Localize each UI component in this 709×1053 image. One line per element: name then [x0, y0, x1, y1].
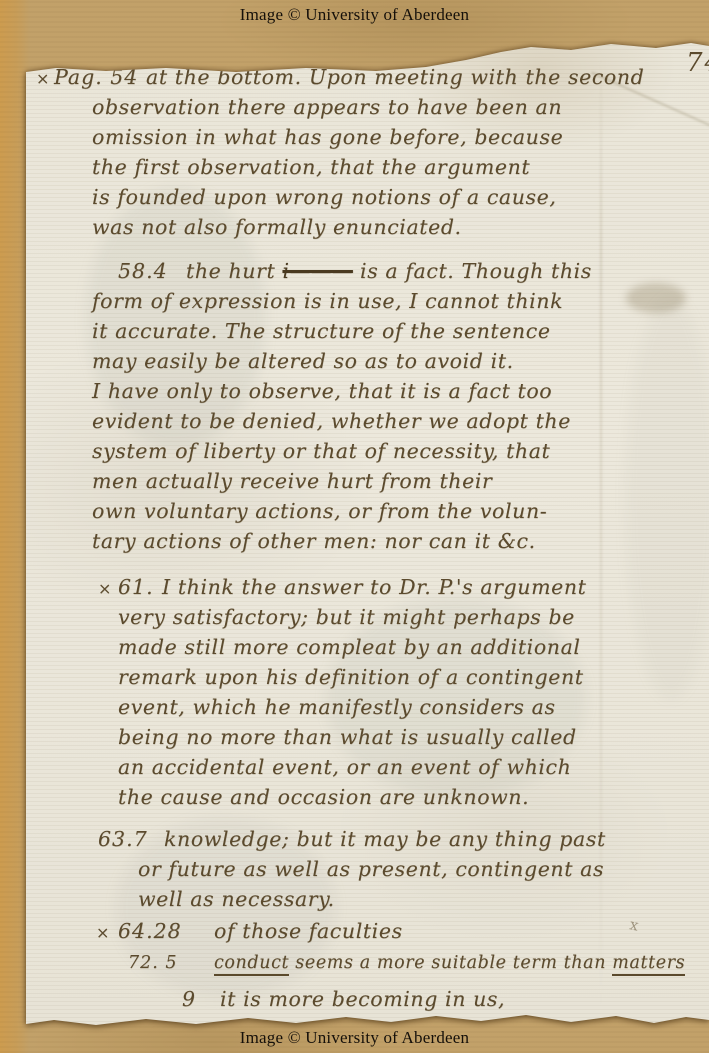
manuscript: ×Pag. 54at the bottom. Upon meeting with… — [26, 62, 709, 1014]
manuscript-line: ×61.I think the answer to Dr. P.'s argum… — [26, 572, 709, 602]
handwritten-text-segment: omission in what has gone before, becaus… — [92, 125, 563, 149]
handwritten-text-segment: the hurt — [186, 259, 282, 283]
section-ref: 9 — [182, 984, 196, 1014]
margin-x-mark: × — [98, 574, 112, 604]
handwritten-text: an accidental event, or an event of whic… — [118, 755, 571, 779]
handwritten-text-segment: knowledge; but it may be any thing past — [164, 827, 606, 851]
handwritten-text: remark upon his definition of a continge… — [118, 665, 584, 689]
handwritten-text-segment: at the bottom. Upon meeting with the sec… — [146, 65, 644, 89]
handwritten-text-segment: the first observation, that the argument — [92, 155, 530, 179]
handwritten-text-segment: I have only to observe, that it is a fac… — [92, 379, 552, 403]
manuscript-line: may easily be altered so as to avoid it. — [26, 346, 709, 376]
handwritten-text-segment: i——— — [282, 259, 352, 283]
paper-sheet-wrap: 74 ×Pag. 54at the bottom. Upon meeting w… — [26, 38, 709, 1030]
manuscript-line: own voluntary actions, or from the volun… — [26, 496, 709, 526]
manuscript-line: men actually receive hurt from their — [26, 466, 709, 496]
copyright-banner-bottom: Image © University of Aberdeen — [0, 1028, 709, 1048]
manuscript-section: ×64.28of those faculties — [26, 916, 709, 946]
handwritten-text-segment: form of expression is in use, I cannot t… — [92, 289, 563, 313]
manuscript-section: ×Pag. 54at the bottom. Upon meeting with… — [26, 62, 709, 242]
handwritten-text: being no more than what is usually calle… — [118, 725, 577, 749]
manuscript-section: 63.7knowledge; but it may be any thing p… — [26, 824, 709, 914]
handwritten-text: of those faculties — [214, 919, 403, 943]
handwritten-text: knowledge; but it may be any thing past — [164, 827, 606, 851]
handwritten-text-segment: conduct — [214, 953, 289, 976]
handwritten-text-segment: seems a more suitable term than — [289, 953, 612, 973]
manuscript-line: tary actions of other men: nor can it &c… — [26, 526, 709, 556]
handwritten-text: may easily be altered so as to avoid it. — [92, 349, 514, 373]
handwritten-text: or future as well as present, contingent… — [138, 857, 604, 881]
handwritten-text: tary actions of other men: nor can it &c… — [92, 529, 536, 553]
manuscript-line: observation there appears to have been a… — [26, 92, 709, 122]
section-ref: 64.28 — [118, 916, 182, 946]
manuscript-line: was not also formally enunciated. — [26, 212, 709, 242]
handwritten-text: the hurt i——— is a fact. Though this — [186, 259, 592, 283]
scanned-manuscript-page: Image © University of Aberdeen 74 ×Pag. … — [0, 0, 709, 1053]
handwritten-text: is founded upon wrong notions of a cause… — [92, 185, 557, 209]
manuscript-line: well as necessary. — [26, 884, 709, 914]
handwritten-text: event, which he manifestly considers as — [118, 695, 556, 719]
handwritten-text-segment: being no more than what is usually calle… — [118, 725, 577, 749]
section-ref: 63.7 — [98, 824, 148, 854]
handwritten-text-segment: event, which he manifestly considers as — [118, 695, 556, 719]
manuscript-line: or future as well as present, contingent… — [26, 854, 709, 884]
handwritten-text: it is more becoming in us, — [220, 987, 505, 1011]
handwritten-text: well as necessary. — [138, 887, 335, 911]
handwritten-text-segment: an accidental event, or an event of whic… — [118, 755, 571, 779]
handwritten-text: observation there appears to have been a… — [92, 95, 562, 119]
handwritten-text-segment: well as necessary. — [138, 887, 335, 911]
manuscript-section: 9it is more becoming in us, — [26, 984, 709, 1014]
section-ref: 72. 5 — [128, 948, 178, 978]
handwritten-text: made still more compleat by an additiona… — [118, 635, 581, 659]
manuscript-line: the first observation, that the argument — [26, 152, 709, 182]
handwritten-text: system of liberty or that of necessity, … — [92, 439, 550, 463]
handwritten-text-segment: the cause and occasion are unknown. — [118, 785, 529, 809]
handwritten-text-segment: made still more compleat by an additiona… — [118, 635, 581, 659]
section-ref: Pag. 54 — [54, 62, 138, 92]
manuscript-line: ×Pag. 54at the bottom. Upon meeting with… — [26, 62, 709, 92]
manuscript-line: 63.7knowledge; but it may be any thing p… — [26, 824, 709, 854]
manuscript-line: made still more compleat by an additiona… — [26, 632, 709, 662]
handwritten-text-segment: observation there appears to have been a… — [92, 95, 562, 119]
section-ref: 61. — [118, 572, 154, 602]
handwritten-text-segment: matters — [612, 953, 685, 976]
manuscript-line: ×64.28of those faculties — [26, 916, 709, 946]
handwritten-text-segment: tary actions of other men: nor can it &c… — [92, 529, 536, 553]
manuscript-line: being no more than what is usually calle… — [26, 722, 709, 752]
manuscript-line: system of liberty or that of necessity, … — [26, 436, 709, 466]
handwritten-text: omission in what has gone before, becaus… — [92, 125, 563, 149]
manuscript-line: the cause and occasion are unknown. — [26, 782, 709, 812]
handwritten-text-segment: own voluntary actions, or from the volun… — [92, 499, 547, 523]
copyright-banner-top: Image © University of Aberdeen — [0, 5, 709, 25]
handwritten-text: form of expression is in use, I cannot t… — [92, 289, 563, 313]
handwritten-text: own voluntary actions, or from the volun… — [92, 499, 547, 523]
section-ref: 58.4 — [118, 256, 168, 286]
handwritten-text-segment: system of liberty or that of necessity, … — [92, 439, 550, 463]
handwritten-text-segment: very satisfactory; but it might perhaps … — [118, 605, 575, 629]
handwritten-text-segment: of those faculties — [214, 919, 403, 943]
handwritten-text-segment: remark upon his definition of a continge… — [118, 665, 584, 689]
manuscript-section: 72. 5conduct seems a more suitable term … — [26, 948, 709, 978]
handwritten-text: very satisfactory; but it might perhaps … — [118, 605, 575, 629]
handwritten-text: I think the answer to Dr. P.'s argument — [162, 575, 586, 599]
handwritten-text: evident to be denied, whether we adopt t… — [92, 409, 571, 433]
manuscript-line: is founded upon wrong notions of a cause… — [26, 182, 709, 212]
manuscript-line: omission in what has gone before, becaus… — [26, 122, 709, 152]
handwritten-text-segment: men actually receive hurt from their — [92, 469, 492, 493]
handwritten-text-segment: is a fact. Though this — [353, 259, 592, 283]
manuscript-line: it accurate. The structure of the senten… — [26, 316, 709, 346]
handwritten-text: at the bottom. Upon meeting with the sec… — [146, 65, 644, 89]
manuscript-line: event, which he manifestly considers as — [26, 692, 709, 722]
handwritten-text: I have only to observe, that it is a fac… — [92, 379, 552, 403]
handwritten-text: was not also formally enunciated. — [92, 215, 462, 239]
manuscript-line: evident to be denied, whether we adopt t… — [26, 406, 709, 436]
handwritten-text: men actually receive hurt from their — [92, 469, 492, 493]
handwritten-text: conduct seems a more suitable term than … — [214, 953, 685, 976]
handwritten-text: the first observation, that the argument — [92, 155, 530, 179]
handwritten-text: it accurate. The structure of the senten… — [92, 319, 551, 343]
paper-sheet: 74 ×Pag. 54at the bottom. Upon meeting w… — [26, 38, 709, 1030]
manuscript-line: remark upon his definition of a continge… — [26, 662, 709, 692]
handwritten-text-segment: was not also formally enunciated. — [92, 215, 462, 239]
handwritten-text-segment: may easily be altered so as to avoid it. — [92, 349, 514, 373]
handwritten-text: the cause and occasion are unknown. — [118, 785, 529, 809]
handwritten-text-segment: is founded upon wrong notions of a cause… — [92, 185, 557, 209]
manuscript-line: 72. 5conduct seems a more suitable term … — [26, 948, 709, 978]
handwritten-text-segment: or future as well as present, contingent… — [138, 857, 604, 881]
handwritten-text-segment: evident to be denied, whether we adopt t… — [92, 409, 571, 433]
manuscript-line: form of expression is in use, I cannot t… — [26, 286, 709, 316]
handwritten-text-segment: I think the answer to Dr. P.'s argument — [162, 575, 586, 599]
manuscript-section: ×61.I think the answer to Dr. P.'s argum… — [26, 572, 709, 812]
manuscript-section: 58.4the hurt i——— is a fact. Though this… — [26, 256, 709, 556]
handwritten-text-segment: it accurate. The structure of the senten… — [92, 319, 551, 343]
manuscript-line: I have only to observe, that it is a fac… — [26, 376, 709, 406]
handwritten-text-segment: it is more becoming in us, — [220, 987, 505, 1011]
manuscript-line: very satisfactory; but it might perhaps … — [26, 602, 709, 632]
manuscript-line: 9it is more becoming in us, — [26, 984, 709, 1014]
margin-x-mark: × — [36, 64, 50, 94]
manuscript-line: 58.4the hurt i——— is a fact. Though this — [26, 256, 709, 286]
manuscript-line: an accidental event, or an event of whic… — [26, 752, 709, 782]
margin-x-mark: × — [96, 918, 110, 948]
